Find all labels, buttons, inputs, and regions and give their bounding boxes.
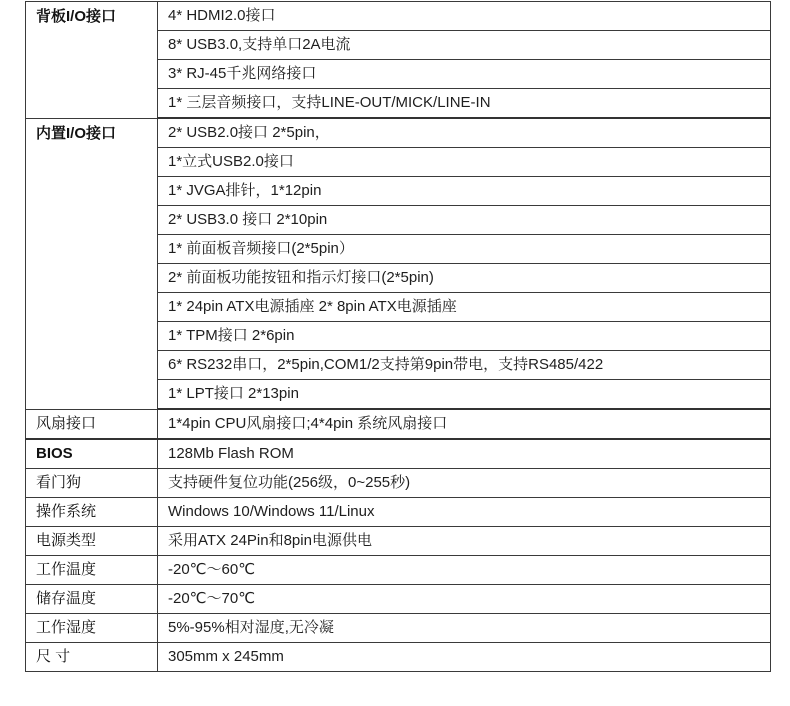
row-label-dimensions: 尺 寸 bbox=[26, 643, 158, 672]
row-label-operating-temp: 工作温度 bbox=[26, 556, 158, 585]
row-value: 4* HDMI2.0接口 bbox=[158, 2, 771, 31]
row-label-internal-io: 内置I/O接口 bbox=[26, 118, 158, 409]
table-row-dimensions: 尺 寸 305mm x 245mm bbox=[26, 643, 771, 672]
table-row-humidity: 工作湿度 5%-95%相对湿度,无冷凝 bbox=[26, 614, 771, 643]
row-value: 2* USB3.0 接口 2*10pin bbox=[158, 206, 771, 235]
row-value: -20℃～60℃ bbox=[158, 556, 771, 585]
row-label-os: 操作系统 bbox=[26, 498, 158, 527]
table-row-fan: 风扇接口 1*4pin CPU风扇接口;4*4pin 系统风扇接口 bbox=[26, 409, 771, 439]
table-row-operating-temp: 工作温度 -20℃～60℃ bbox=[26, 556, 771, 585]
row-value: Windows 10/Windows 11/Linux bbox=[158, 498, 771, 527]
row-value: 采用ATX 24Pin和8pin电源供电 bbox=[158, 527, 771, 556]
table-row-power: 电源类型 采用ATX 24Pin和8pin电源供电 bbox=[26, 527, 771, 556]
row-value: 128Mb Flash ROM bbox=[158, 439, 771, 469]
row-value: 1*4pin CPU风扇接口;4*4pin 系统风扇接口 bbox=[158, 409, 771, 439]
table-row: 内置I/O接口 2* USB2.0接口 2*5pin， bbox=[26, 118, 771, 148]
row-label-storage-temp: 储存温度 bbox=[26, 585, 158, 614]
table-row-os: 操作系统 Windows 10/Windows 11/Linux bbox=[26, 498, 771, 527]
row-value: -20℃～70℃ bbox=[158, 585, 771, 614]
row-value: 1* 前面板音频接口(2*5pin） bbox=[158, 235, 771, 264]
row-value: 1* TPM接口 2*6pin bbox=[158, 322, 771, 351]
row-label-humidity: 工作湿度 bbox=[26, 614, 158, 643]
row-value: 6* RS232串口，2*5pin,COM1/2支持第9pin带电，支持RS48… bbox=[158, 351, 771, 380]
table-row-bios: BIOS 128Mb Flash ROM bbox=[26, 439, 771, 469]
row-label-fan: 风扇接口 bbox=[26, 409, 158, 439]
row-value: 3* RJ-45千兆网络接口 bbox=[158, 60, 771, 89]
row-value: 5%-95%相对湿度,无冷凝 bbox=[158, 614, 771, 643]
row-value: 1* 24pin ATX电源插座 2* 8pin ATX电源插座 bbox=[158, 293, 771, 322]
row-value: 2* 前面板功能按钮和指示灯接口(2*5pin) bbox=[158, 264, 771, 293]
row-value: 1* 三层音频接口，支持LINE-OUT/MICK/LINE-IN bbox=[158, 89, 771, 119]
spec-table: 背板I/O接口 4* HDMI2.0接口 8* USB3.0,支持单口2A电流 … bbox=[25, 1, 771, 672]
row-label-rear-io: 背板I/O接口 bbox=[26, 2, 158, 119]
row-label-bios: BIOS bbox=[26, 439, 158, 469]
row-label-power: 电源类型 bbox=[26, 527, 158, 556]
row-value: 8* USB3.0,支持单口2A电流 bbox=[158, 31, 771, 60]
row-label-watchdog: 看门狗 bbox=[26, 469, 158, 498]
row-value: 305mm x 245mm bbox=[158, 643, 771, 672]
row-value: 1*立式USB2.0接口 bbox=[158, 148, 771, 177]
table-row-storage-temp: 储存温度 -20℃～70℃ bbox=[26, 585, 771, 614]
row-value: 1* LPT接口 2*13pin bbox=[158, 380, 771, 410]
row-value: 1* JVGA排针，1*12pin bbox=[158, 177, 771, 206]
row-value: 2* USB2.0接口 2*5pin， bbox=[158, 118, 771, 148]
row-value: 支持硬件复位功能(256级，0~255秒) bbox=[158, 469, 771, 498]
table-row: 背板I/O接口 4* HDMI2.0接口 bbox=[26, 2, 771, 31]
table-row-watchdog: 看门狗 支持硬件复位功能(256级，0~255秒) bbox=[26, 469, 771, 498]
